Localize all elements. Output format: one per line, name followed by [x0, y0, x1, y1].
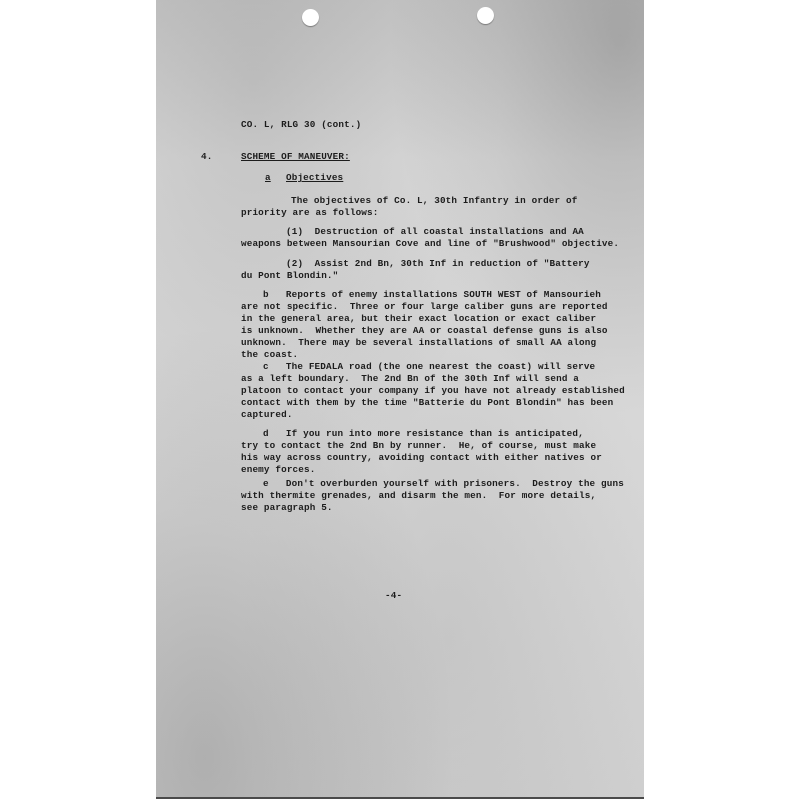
- objective-item-1: weapons between Mansourian Cove and line…: [241, 238, 619, 250]
- paragraph-d-line: enemy forces.: [241, 464, 315, 476]
- objective-item-1: (1) Destruction of all coastal installat…: [286, 226, 584, 238]
- paragraph-b-line: is unknown. Whether they are AA or coast…: [241, 325, 608, 337]
- paragraph-b-line: in the general area, but their exact loc…: [241, 313, 596, 325]
- paragraph-c-line: platoon to contact your company if you h…: [241, 385, 625, 397]
- paragraph-b-line: b Reports of enemy installations SOUTH W…: [263, 289, 601, 301]
- section-number: 4.: [201, 151, 212, 163]
- paragraph-b-line: are not specific. Three or four large ca…: [241, 301, 608, 313]
- paragraph-d-line: try to contact the 2nd Bn by runner. He,…: [241, 440, 596, 452]
- paragraph-c-line: contact with them by the time "Batterie …: [241, 397, 613, 409]
- paragraph-b-line: unknown. There may be several installati…: [241, 337, 596, 349]
- paragraph-d-line: his way across country, avoiding contact…: [241, 452, 602, 464]
- paragraph-b-line: the coast.: [241, 349, 298, 361]
- paragraph-e-line: e Don't overburden yourself with prisone…: [263, 478, 624, 490]
- objectives-intro-line: priority are as follows:: [241, 207, 379, 219]
- paragraph-c-line: as a left boundary. The 2nd Bn of the 30…: [241, 373, 579, 385]
- section-title: SCHEME OF MANEUVER:: [241, 151, 350, 163]
- subsection-a-title: Objectives: [286, 172, 343, 184]
- paragraph-e-line: see paragraph 5.: [241, 502, 333, 514]
- document-header: CO. L, RLG 30 (cont.): [241, 119, 361, 131]
- punch-hole-right: [477, 7, 494, 24]
- paragraph-e-line: with thermite grenades, and disarm the m…: [241, 490, 596, 502]
- objectives-intro-line: The objectives of Co. L, 30th Infantry i…: [291, 195, 577, 207]
- paragraph-c-line: captured.: [241, 409, 293, 421]
- document-page: CO. L, RLG 30 (cont.) 4. SCHEME OF MANEU…: [156, 0, 644, 799]
- page-number: -4-: [385, 590, 402, 602]
- punch-hole-left: [302, 9, 319, 26]
- paragraph-d-line: d If you run into more resistance than i…: [263, 428, 584, 440]
- paragraph-c-line: c The FEDALA road (the one nearest the c…: [263, 361, 595, 373]
- subsection-a-letter: a: [265, 172, 271, 184]
- objective-item-2: (2) Assist 2nd Bn, 30th Inf in reduction…: [286, 258, 590, 270]
- objective-item-2: du Pont Blondin.": [241, 270, 338, 282]
